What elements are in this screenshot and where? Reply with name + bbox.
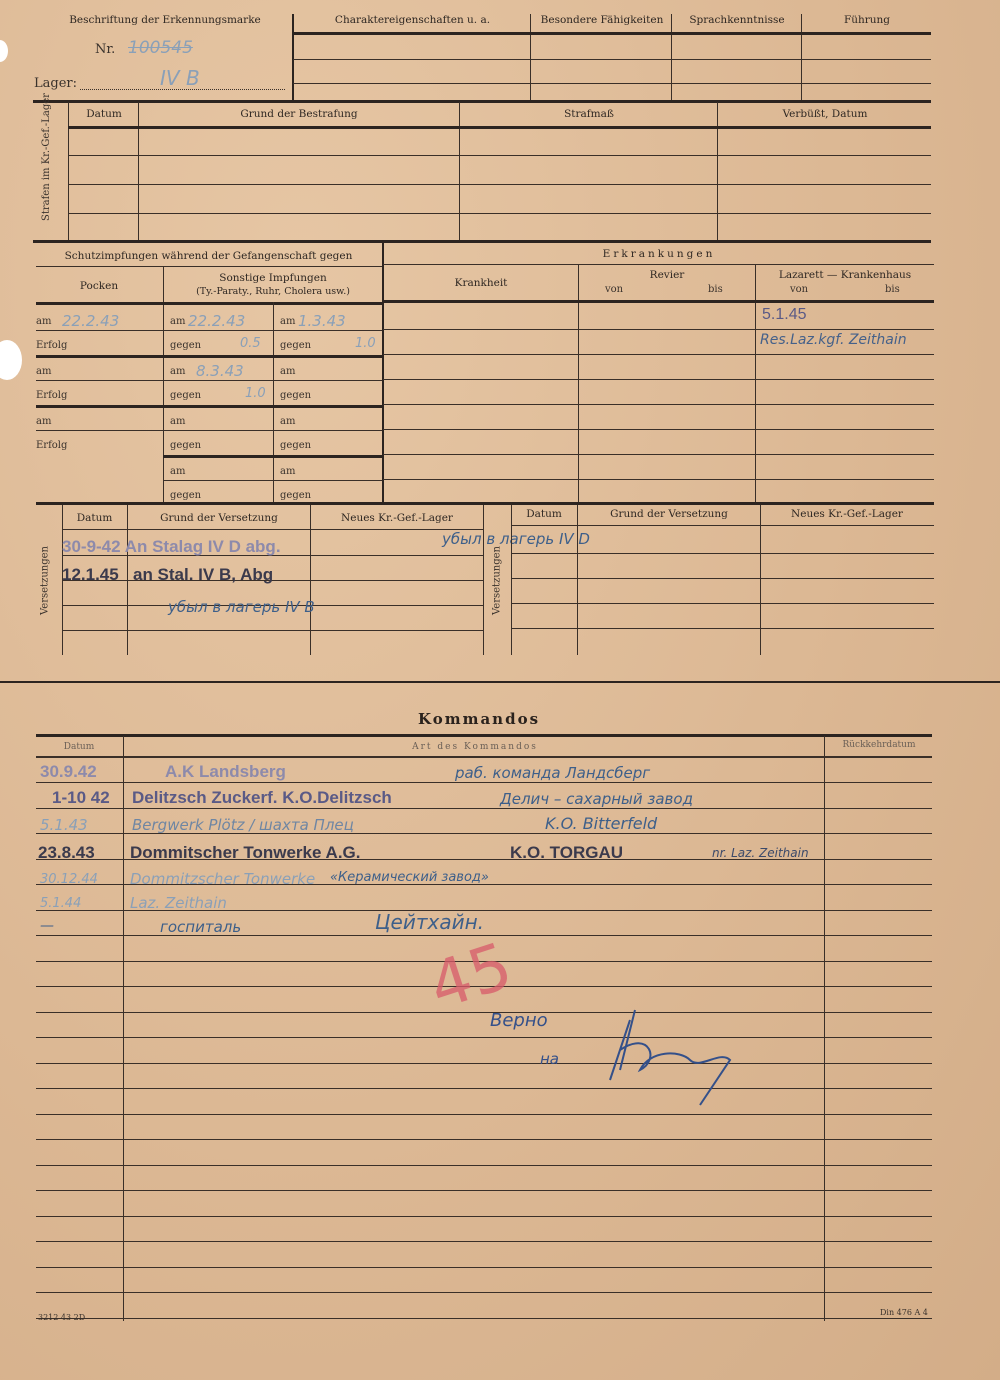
rule bbox=[36, 1318, 932, 1319]
versetzung-stamp-2: an Stal. IV B, Abg bbox=[133, 565, 273, 585]
divider bbox=[801, 14, 802, 100]
rule bbox=[36, 1267, 932, 1268]
divider bbox=[123, 736, 124, 1321]
col-sprachkenntnisse: Sprachkenntnisse bbox=[673, 14, 801, 26]
rule bbox=[68, 126, 931, 129]
kommando-ink-4: K.O. TORGAU bbox=[510, 843, 623, 863]
rule bbox=[511, 628, 934, 629]
signature-line-1: Верно bbox=[490, 1010, 548, 1031]
col-grund-bestrafung: Grund der Bestrafung bbox=[140, 108, 458, 120]
am-label: am bbox=[36, 316, 51, 327]
kommando-datum-6: 5.1.44 bbox=[40, 896, 81, 911]
kommando-ink-1: раб. команда Ландсберг bbox=[455, 764, 650, 782]
kommando-datum-1: 30.9.42 bbox=[40, 762, 97, 782]
gegen-label: gegen bbox=[280, 440, 311, 451]
document-page: Beschriftung der Erkennungsmarke Nr. 100… bbox=[0, 0, 1000, 1380]
erfolg-label: Erfolg bbox=[36, 340, 67, 351]
strafen-side-label: Strafen im Kr.-Gef.-Lager bbox=[41, 111, 53, 221]
col-art: Art des Kommandos bbox=[125, 742, 825, 752]
col-datum-left: Datum bbox=[63, 512, 126, 524]
am-label: am bbox=[280, 366, 295, 377]
rule bbox=[36, 330, 382, 331]
fold-line bbox=[0, 681, 1000, 683]
col-grund-left: Grund der Versetzung bbox=[129, 512, 309, 524]
am-label: am bbox=[170, 416, 185, 427]
kommando-art-2: Delitzsch Zuckerf. K.O.Delitzsch bbox=[132, 788, 392, 808]
divider bbox=[577, 505, 578, 655]
rule bbox=[36, 502, 934, 505]
am-label: am bbox=[280, 316, 295, 327]
gegen-label: gegen bbox=[280, 390, 311, 401]
rule bbox=[383, 300, 934, 303]
kommando-ink-3: K.O. Bitterfeld bbox=[545, 814, 657, 833]
sonstige-am-1a: 22.2.43 bbox=[188, 312, 245, 330]
kommando-art-1: A.K Landsberg bbox=[165, 762, 286, 782]
kommando-ink-2: Делич – сахарный завод bbox=[500, 790, 693, 808]
rule bbox=[383, 329, 934, 330]
form-number: 3212 43 2D bbox=[38, 1313, 85, 1322]
rule bbox=[383, 354, 934, 355]
divider bbox=[760, 505, 761, 655]
gegen-label: gegen bbox=[170, 490, 201, 501]
rule bbox=[36, 1292, 932, 1293]
am-label: am bbox=[280, 416, 295, 427]
col-sonstige: Sonstige Impfungen bbox=[165, 272, 381, 284]
gegen-label: gegen bbox=[170, 440, 201, 451]
rule bbox=[383, 479, 934, 480]
col-datum-right: Datum bbox=[512, 508, 576, 520]
am-label: am bbox=[280, 466, 295, 477]
erkennungsmarke-label: Beschriftung der Erkennungsmarke bbox=[60, 14, 270, 26]
versetzungen-side-label-right: Versetzungen bbox=[492, 546, 503, 616]
erfolg-label: Erfolg bbox=[36, 390, 67, 401]
divider bbox=[483, 505, 484, 655]
kommando-art-7: госпиталь bbox=[160, 918, 241, 936]
divider bbox=[824, 736, 825, 1321]
rule bbox=[383, 264, 934, 265]
rule bbox=[36, 734, 932, 737]
rule bbox=[33, 100, 931, 103]
nr-value: 100545 bbox=[128, 38, 193, 58]
col-revier: Revier bbox=[580, 269, 754, 281]
rule bbox=[293, 32, 931, 35]
rule bbox=[36, 1012, 932, 1013]
rule bbox=[163, 455, 382, 458]
sonstige-gegen-1a: 0.5 bbox=[240, 336, 261, 351]
rule bbox=[383, 429, 934, 430]
col-verbuesst: Verbüßt, Datum bbox=[719, 108, 931, 120]
sonstige-gegen-1b: 1.0 bbox=[355, 336, 376, 351]
kommando-datum-4: 23.8.43 bbox=[38, 843, 95, 863]
rule bbox=[68, 213, 931, 214]
rule bbox=[163, 480, 382, 481]
pocken-am-1: 22.2.43 bbox=[62, 312, 119, 330]
rule bbox=[62, 529, 483, 530]
col-rueckkehr: Rückkehrdatum bbox=[826, 740, 932, 750]
rule bbox=[36, 756, 932, 758]
lazarett-von-stamp: 5.1.45 bbox=[762, 306, 806, 324]
rule bbox=[36, 1216, 932, 1217]
kommando-art-6: Laz. Zeithain bbox=[130, 894, 227, 912]
col-lager-left: Neues Kr.-Gef.-Lager bbox=[312, 512, 482, 524]
rule bbox=[36, 266, 382, 267]
revier-bis: bis bbox=[708, 284, 723, 295]
versetzung-stamp-date-2: 12.1.45 bbox=[62, 565, 119, 585]
erkrankungen-title: Erkrankungen bbox=[384, 248, 934, 260]
gegen-label: gegen bbox=[280, 340, 311, 351]
rule bbox=[36, 1165, 932, 1166]
divider bbox=[273, 302, 274, 502]
col-pocken: Pocken bbox=[36, 280, 162, 292]
rule bbox=[383, 379, 934, 380]
rule bbox=[293, 83, 931, 84]
kommando-datum-3: 5.1.43 bbox=[40, 816, 88, 834]
sonstige-gegen-2a: 1.0 bbox=[245, 386, 266, 401]
divider bbox=[511, 505, 512, 655]
rule bbox=[36, 1241, 932, 1242]
kommando-datum-2: 1-10 42 bbox=[52, 788, 110, 808]
col-datum: Datum bbox=[70, 108, 138, 120]
rule bbox=[36, 782, 932, 783]
rule bbox=[36, 380, 382, 381]
divider bbox=[530, 14, 531, 100]
gegen-label: gegen bbox=[280, 490, 311, 501]
nr-label: Nr. bbox=[95, 42, 115, 57]
revier-von: von bbox=[605, 284, 623, 295]
versetzung-stamp-1: 30-9-42 An Stalag IV D abg. bbox=[62, 537, 281, 557]
versetzungen-side-label-left: Versetzungen bbox=[40, 546, 51, 616]
divider bbox=[138, 102, 139, 240]
rule bbox=[62, 630, 483, 631]
kommando-note-4: nr. Laz. Zeithain bbox=[712, 846, 809, 860]
divider bbox=[459, 102, 460, 240]
rule bbox=[36, 430, 382, 431]
kommando-datum-7: — bbox=[40, 918, 54, 934]
versetzung-ink-1: убыл в лагерь IV D bbox=[442, 530, 590, 548]
kommando-ink-5: «Керамический завод» bbox=[330, 870, 489, 885]
rule bbox=[36, 808, 932, 809]
am-label: am bbox=[170, 466, 185, 477]
signature-scribble bbox=[590, 990, 740, 1110]
divider bbox=[68, 102, 69, 240]
am-label: am bbox=[170, 366, 185, 377]
rule bbox=[36, 1114, 932, 1115]
kommandos-title: Kommandos bbox=[418, 710, 540, 728]
col-fuehrung: Führung bbox=[803, 14, 931, 26]
lager-label: Lager: bbox=[34, 76, 77, 91]
col-lazarett: Lazarett — Krankenhaus bbox=[757, 269, 933, 281]
lager-value: IV B bbox=[160, 66, 200, 90]
rule bbox=[511, 525, 934, 526]
col-sonstige-sub: (Ty.-Paraty., Ruhr, Cholera usw.) bbox=[165, 286, 381, 297]
rule bbox=[36, 405, 382, 408]
rule bbox=[511, 578, 934, 579]
gegen-label: gegen bbox=[170, 340, 201, 351]
lazarett-bis: bis bbox=[885, 284, 900, 295]
rule bbox=[33, 240, 931, 243]
divider bbox=[292, 14, 294, 100]
rule bbox=[36, 302, 382, 305]
col-strafmass: Strafmaß bbox=[461, 108, 717, 120]
rule bbox=[36, 355, 382, 358]
kommando-art-3: Bergwerk Plötz / шахта Плец bbox=[132, 816, 354, 834]
rule bbox=[293, 59, 931, 60]
kommando-datum-5: 30.12.44 bbox=[40, 872, 98, 887]
am-label: am bbox=[170, 316, 185, 327]
lazarett-place: Res.Laz.kgf. Zeithain bbox=[760, 332, 907, 348]
sonstige-am-1b: 1.3.43 bbox=[298, 312, 346, 330]
gegen-label: gegen bbox=[170, 390, 201, 401]
impfungen-title: Schutzimpfungen während der Gefangenscha… bbox=[36, 250, 381, 262]
col-krankheit: Krankheit bbox=[384, 277, 578, 289]
am-label: am bbox=[36, 416, 51, 427]
versetzung-ink-3: убыл в лагерь IV B bbox=[168, 598, 315, 616]
lazarett-von: von bbox=[790, 284, 808, 295]
rule bbox=[68, 155, 931, 156]
rule bbox=[511, 553, 934, 554]
kommando-ink-7: Цейтхайн. bbox=[375, 910, 484, 934]
divider bbox=[671, 14, 672, 100]
am-label: am bbox=[36, 366, 51, 377]
erfolg-label: Erfolg bbox=[36, 440, 67, 451]
col-datum: Datum bbox=[36, 742, 122, 752]
divider bbox=[717, 102, 718, 240]
punch-hole bbox=[0, 340, 22, 380]
rule bbox=[36, 1037, 932, 1038]
col-charakter: Charaktereigenschaften u. a. bbox=[295, 14, 530, 26]
rule bbox=[36, 1190, 932, 1191]
din-format: Din 476 A 4 bbox=[880, 1308, 928, 1317]
rule bbox=[36, 1139, 932, 1140]
col-lager-right: Neues Kr.-Gef.-Lager bbox=[762, 508, 932, 520]
signature-line-2: на bbox=[540, 1050, 559, 1068]
rule bbox=[383, 404, 934, 405]
punch-hole bbox=[0, 40, 8, 62]
sonstige-am-2a: 8.3.43 bbox=[196, 362, 244, 380]
rule bbox=[36, 1063, 932, 1064]
kommando-art-5: Dommitzscher Tonwerke bbox=[130, 870, 315, 888]
rule bbox=[511, 603, 934, 604]
kommando-art-4: Dommitscher Tonwerke A.G. bbox=[130, 843, 361, 863]
col-faehigkeiten: Besondere Fähigkeiten bbox=[532, 14, 672, 26]
rule bbox=[68, 184, 931, 185]
col-grund-right: Grund der Versetzung bbox=[579, 508, 759, 520]
rule bbox=[36, 1088, 932, 1089]
rule bbox=[383, 454, 934, 455]
